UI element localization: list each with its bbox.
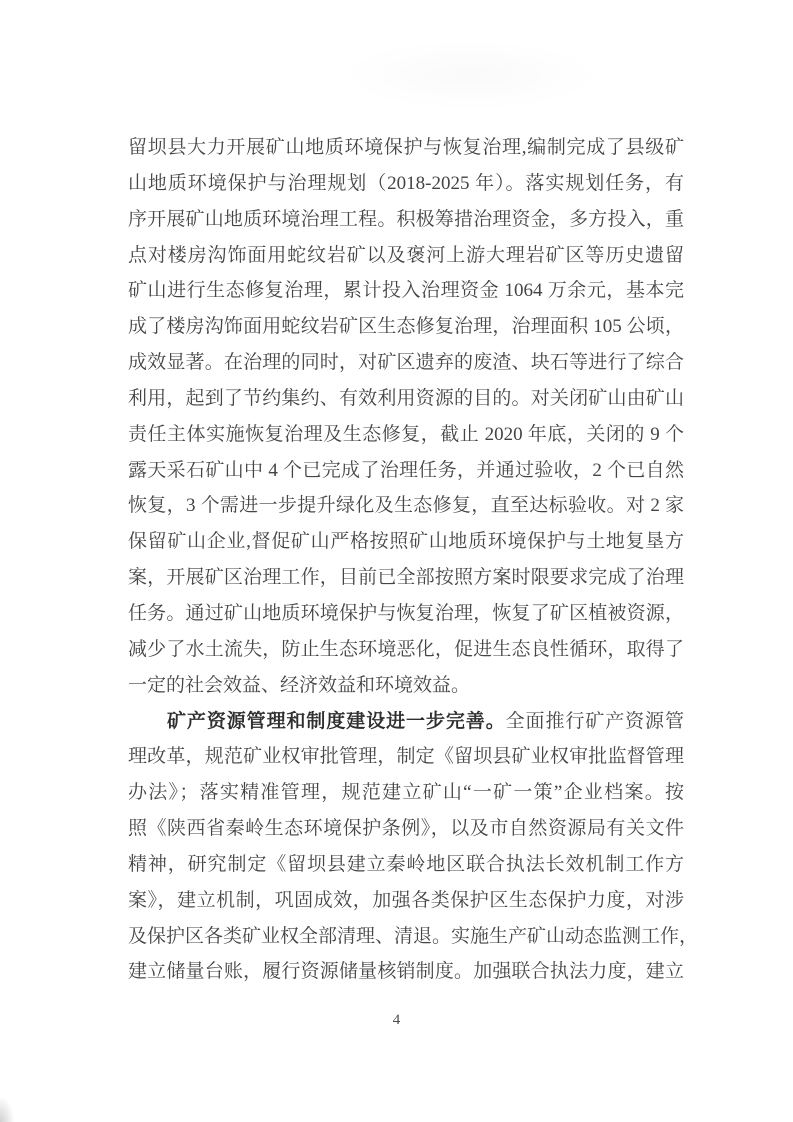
- text-line: 任务。通过矿山地质环境保护与恢复治理，恢复了矿区植被资源，: [128, 596, 684, 632]
- text-line: 精神，研究制定《留坝县建立秦岭地区联合执法长效机制工作方: [128, 847, 684, 883]
- text-run: 照《陕西省秦岭生态环境保护条例》，以及市自然资源局有关文件: [128, 818, 684, 839]
- text-line: 照《陕西省秦岭生态环境保护条例》，以及市自然资源局有关文件: [128, 811, 684, 847]
- text-run: 保留矿山企业,督促矿山严格按照矿山地质环境保护与土地复垦方: [128, 531, 684, 552]
- text-line-paragraph-end: 一定的社会效益、经济效益和环境效益。: [128, 668, 684, 704]
- text-run: 责任主体实施恢复治理及生态修复，截止 2020 年底，关闭的 9 个: [128, 424, 684, 445]
- text-run: 案，开展矿区治理工作，目前已全部按照方案时限要求完成了治理: [128, 567, 684, 588]
- text-run: 成了楼房沟饰面用蛇纹岩矿区生态修复治理，治理面积 105 公顷，: [128, 316, 684, 337]
- text-run: 点对楼房沟饰面用蛇纹岩矿以及褒河上游大理岩矿区等历史遗留: [128, 245, 684, 266]
- text-run: 矿山进行生态修复治理，累计投入治理资金 1064 万余元，基本完: [128, 280, 684, 301]
- text-line: 矿山进行生态修复治理，累计投入治理资金 1064 万余元，基本完: [128, 273, 684, 309]
- scan-smudge: [0, 1098, 14, 1122]
- body-text: 留坝县大力开展矿山地质环境保护与恢复治理,编制完成了县级矿 山地质环境保护与治理…: [128, 130, 684, 990]
- text-run: 山地质环境保护与治理规划（2018-2025 年）。落实规划任务，有: [128, 173, 684, 194]
- text-line: 成了楼房沟饰面用蛇纹岩矿区生态修复治理，治理面积 105 公顷，: [128, 309, 684, 345]
- text-line: 案，开展矿区治理工作，目前已全部按照方案时限要求完成了治理: [128, 560, 684, 596]
- text-line: 露天采石矿山中 4 个已完成了治理任务，并通过验收，2 个已自然: [128, 453, 684, 489]
- text-line: 减少了水土流失，防止生态环境恶化，促进生态良性循环，取得了: [128, 632, 684, 668]
- page-number: 4: [0, 1012, 793, 1029]
- text-line: 理改革，规范矿业权审批管理，制定《留坝县矿业权审批监督管理: [128, 739, 684, 775]
- text-line: 及保护区各类矿业权全部清理、清退。实施生产矿山动态监测工作，: [128, 919, 684, 955]
- text-line-section-heading: 矿产资源管理和制度建设进一步完善。全面推行矿产资源管: [128, 704, 684, 740]
- section-heading-run: 矿产资源管理和制度建设进一步完善。: [167, 711, 506, 732]
- text-line: 成效显著。在治理的同时，对矿区遗弃的废渣、块石等进行了综合: [128, 345, 684, 381]
- text-run: 案》，建立机制，巩固成效，加强各类保护区生态保护力度，对涉: [128, 890, 684, 911]
- text-line: 办法》；落实精准管理，规范建立矿山“一矿一策”企业档案。按: [128, 775, 684, 811]
- text-run: 建立储量台账，履行资源储量核销制度。加强联合执法力度，建立: [128, 961, 684, 982]
- text-run: 利用，起到了节约集约、有效利用资源的目的。对关闭矿山由矿山: [128, 388, 684, 409]
- text-line: 责任主体实施恢复治理及生态修复，截止 2020 年底，关闭的 9 个: [128, 417, 684, 453]
- text-run: 任务。通过矿山地质环境保护与恢复治理，恢复了矿区植被资源，: [128, 603, 684, 624]
- text-run: 减少了水土流失，防止生态环境恶化，促进生态良性循环，取得了: [128, 639, 684, 660]
- text-line: 留坝县大力开展矿山地质环境保护与恢复治理,编制完成了县级矿: [128, 130, 684, 166]
- text-line: 山地质环境保护与治理规划（2018-2025 年）。落实规划任务，有: [128, 166, 684, 202]
- text-run: 成效显著。在治理的同时，对矿区遗弃的废渣、块石等进行了综合: [128, 352, 684, 373]
- text-run: 露天采石矿山中 4 个已完成了治理任务，并通过验收，2 个已自然: [128, 460, 684, 481]
- text-line: 案》，建立机制，巩固成效，加强各类保护区生态保护力度，对涉: [128, 883, 684, 919]
- text-line: 保留矿山企业,督促矿山严格按照矿山地质环境保护与土地复垦方: [128, 524, 684, 560]
- text-run: 办法》；落实精准管理，规范建立矿山“一矿一策”企业档案。按: [128, 782, 684, 803]
- text-run: 恢复，3 个需进一步提升绿化及生态修复，直至达标验收。对 2 家: [128, 495, 684, 516]
- scan-smudge: [340, 40, 600, 110]
- text-line: 点对楼房沟饰面用蛇纹岩矿以及褒河上游大理岩矿区等历史遗留: [128, 238, 684, 274]
- text-run: 及保护区各类矿业权全部清理、清退。实施生产矿山动态监测工作，: [128, 926, 698, 947]
- text-line: 建立储量台账，履行资源储量核销制度。加强联合执法力度，建立: [128, 954, 684, 990]
- text-run: 序开展矿山地质环境治理工程。积极筹措治理资金，多方投入，重: [128, 209, 684, 230]
- text-run: 精神，研究制定《留坝县建立秦岭地区联合执法长效机制工作方: [128, 854, 684, 875]
- text-run: 留坝县大力开展矿山地质环境保护与恢复治理,编制完成了县级矿: [128, 137, 684, 158]
- text-run: 理改革，规范矿业权审批管理，制定《留坝县矿业权审批监督管理: [128, 746, 684, 767]
- text-line: 利用，起到了节约集约、有效利用资源的目的。对关闭矿山由矿山: [128, 381, 684, 417]
- text-run: 全面推行矿产资源管: [506, 711, 684, 732]
- text-line: 恢复，3 个需进一步提升绿化及生态修复，直至达标验收。对 2 家: [128, 488, 684, 524]
- scanned-document-page: { "page": { "number": "4" }, "colors": {…: [0, 0, 793, 1122]
- text-line: 序开展矿山地质环境治理工程。积极筹措治理资金，多方投入，重: [128, 202, 684, 238]
- text-run: 一定的社会效益、经济效益和环境效益。: [128, 675, 470, 696]
